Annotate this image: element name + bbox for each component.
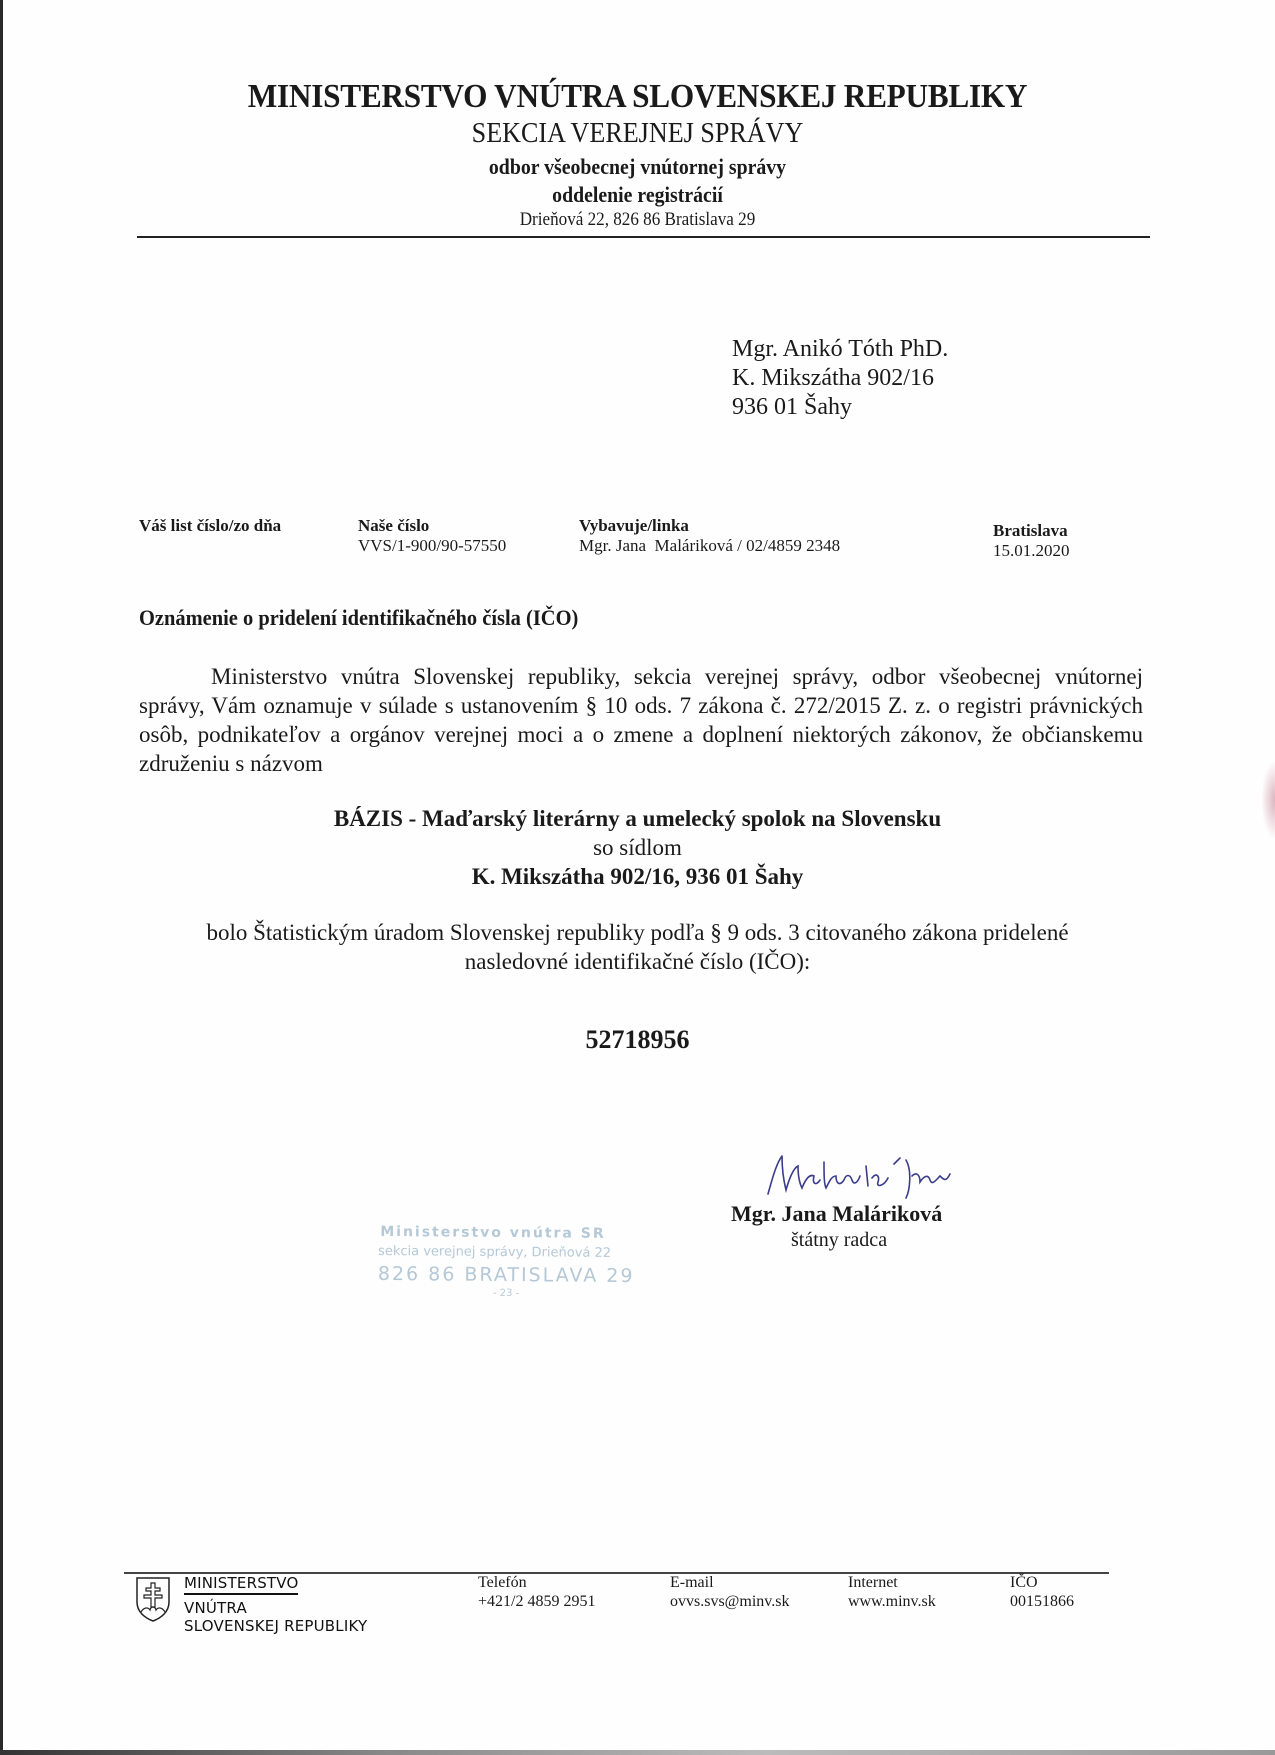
letterhead: MINISTERSTVO VNÚTRA SLOVENSKEJ REPUBLIKY… [0,78,1275,231]
association-address: K. Mikszátha 902/16, 936 01 Šahy [0,862,1275,891]
association-name: BÁZIS - Maďarský literárny a umelecký sp… [0,804,1275,833]
ref-handled-by: Vybavuje/linka Mgr. Jana Maláriková / 02… [579,516,840,556]
letter-body: Ministerstvo vnútra Slovenskej republiky… [139,662,1143,778]
footer-internet: Internet www.minv.sk [848,1573,936,1611]
footer-label: Internet [848,1573,936,1592]
footer-ico: IČO 00151866 [1010,1573,1074,1611]
footer-phone: Telefón +421/2 4859 2951 [478,1573,595,1611]
footer-value: +421/2 4859 2951 [478,1592,595,1611]
coat-of-arms-icon [133,1574,173,1622]
footer-brand-line-2: VNÚTRA [184,1599,367,1617]
signatory-role: štátny radca [731,1227,942,1254]
department-title: odbor všeobecnej vnútornej správy [64,153,1212,181]
signatory: Mgr. Jana Maláriková štátny radca [731,1200,942,1254]
footer-email: E-mail ovvs.svs@minv.sk [670,1573,790,1611]
assigned-ico: 52718956 [0,1025,1275,1055]
stamp-line-2: sekcia verejnej správy, Drieňová 22 [378,1244,635,1261]
association-block: BÁZIS - Maďarský literárny a umelecký sp… [0,804,1275,891]
ref-value: Mgr. Jana Maláriková / 02/4859 2348 [579,536,840,556]
handwritten-signature [760,1150,980,1200]
ministry-title: MINISTERSTVO VNÚTRA SLOVENSKEJ REPUBLIKY [51,78,1224,116]
ref-value: VVS/1-900/90-57550 [358,536,506,556]
recipient-address: Mgr. Anikó Tóth PhD. K. Mikszátha 902/16… [732,335,948,422]
assignment-line-1: bolo Štatistickým úradom Slovenskej repu… [0,918,1275,947]
letterhead-address: Drieňová 22, 826 86 Bratislava 29 [64,209,1212,231]
association-seat-label: so sídlom [0,833,1275,862]
footer-brand-line-3: SLOVENSKEJ REPUBLIKY [184,1617,367,1635]
footer-value: ovvs.svs@minv.sk [670,1592,790,1611]
assignment-text: bolo Štatistickým úradom Slovenskej repu… [0,918,1275,976]
footer-label: Telefón [478,1573,595,1592]
footer-value: 00151866 [1010,1592,1074,1611]
recipient-city: 936 01 Šahy [732,393,948,422]
footer-value: www.minv.sk [848,1592,936,1611]
footer-brand-line-1: MINISTERSTVO [184,1574,298,1595]
ref-value: 15.01.2020 [993,541,1070,561]
footer-label: IČO [1010,1573,1074,1592]
ref-our-number: Naše číslo VVS/1-900/90-57550 [358,516,506,556]
letter-subject: Oznámenie o pridelení identifikačného čí… [139,605,578,631]
recipient-street: K. Mikszátha 902/16 [732,364,948,393]
scan-edge-bottom [0,1750,1275,1755]
ref-label: Naše číslo [358,516,506,536]
office-stamp: Ministerstvo vnútra SR sekcia verejnej s… [378,1224,635,1300]
ref-label: Váš list číslo/zo dňa [139,516,281,536]
stamp-line-4: - 23 - [378,1287,635,1300]
header-divider [137,236,1150,238]
recipient-name: Mgr. Anikó Tóth PhD. [732,335,948,364]
ref-label: Vybavuje/linka [579,516,840,536]
ref-label: Bratislava [993,521,1070,541]
section-title: SEKCIA VEREJNEJ SPRÁVY [64,117,1212,149]
stamp-line-1: Ministerstvo vnútra SR [378,1224,635,1242]
stamp-line-3: 826 86 BRATISLAVA 29 [378,1263,635,1287]
footer-label: E-mail [670,1573,790,1592]
assignment-line-2: nasledovné identifikačné číslo (IČO): [0,947,1275,976]
ref-place-date: Bratislava 15.01.2020 [993,521,1070,561]
footer-brand: MINISTERSTVO VNÚTRA SLOVENSKEJ REPUBLIKY [184,1574,367,1635]
unit-title: oddelenie registrácií [64,181,1212,209]
ref-your-letter: Váš list číslo/zo dňa [139,516,281,536]
signatory-name: Mgr. Jana Maláriková [731,1201,942,1226]
